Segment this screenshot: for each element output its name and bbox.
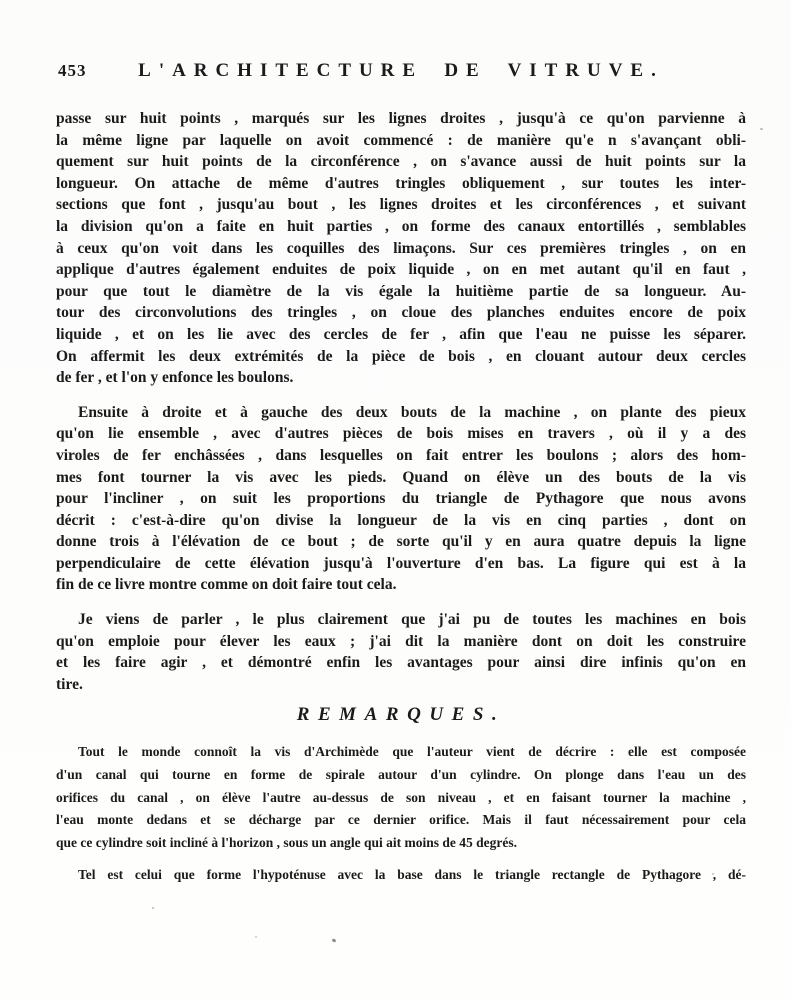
text-line: Tel est celui que forme l'hypoténuse ave… [56,864,746,887]
text-line: tour des circonvolutions des tringles , … [56,302,746,324]
book-page: 453 L'ARCHITECTURE DE VITRUVE. passe sur… [0,0,791,1000]
text-line: passe sur huit points , marqués sur les … [56,108,746,130]
scan-speck [332,938,337,943]
text-line: qu'on lie ensemble , avec d'autres pièce… [56,423,746,445]
text-line: l'eau monte dedans et se décharge par ce… [56,809,746,832]
paragraph: Tout le monde connoît la vis d'Archimède… [56,741,746,854]
text-line: perpendiculaire de cette élévation jusqu… [56,553,746,575]
text-line: et les faire agir , et démontré enfin le… [56,652,746,674]
page-header: 453 L'ARCHITECTURE DE VITRUVE. [56,58,746,84]
text-line: fin de ce livre montre comme on doit fai… [56,574,746,596]
page-number: 453 [58,58,87,84]
text-line: Je viens de parler , le plus clairement … [56,609,746,631]
scan-speck [152,907,154,909]
scan-speck [255,936,257,938]
paragraph: Tel est celui que forme l'hypoténuse ave… [56,864,746,887]
page-content: 453 L'ARCHITECTURE DE VITRUVE. passe sur… [56,58,746,887]
text-line: décrit : c'est-à-dire qu'on divise la lo… [56,510,746,532]
text-line: sections que font , jusqu'au bout , les … [56,194,746,216]
text-line: pour que tout le diamètre de la vis égal… [56,281,746,303]
text-line: longueur. On attache de même d'autres tr… [56,173,746,195]
text-line: la même ligne par laquelle on avoit comm… [56,130,746,152]
text-line: quement sur huit points de la circonfére… [56,151,746,173]
remarks-section: Tout le monde connoît la vis d'Archimède… [56,741,746,887]
paragraph: Je viens de parler , le plus clairement … [56,609,746,695]
text-line: que ce cylindre soit incliné à l'horizon… [56,832,746,855]
text-line: orifices du canal , on élève l'autre au-… [56,787,746,810]
text-line: viroles de fer enchâssées , dans lesquel… [56,445,746,467]
page-title: L'ARCHITECTURE DE VITRUVE. [138,60,664,81]
paragraph: Ensuite à droite et à gauche des deux bo… [56,402,746,596]
text-line: donne trois à l'élévation de ce bout ; d… [56,531,746,553]
text-line: d'un canal qui tourne en forme de spiral… [56,764,746,787]
text-line: pour l'incliner , on suit les proportion… [56,488,746,510]
remarks-heading: REMARQUES. [56,701,746,729]
text-line: la division qu'on a faite en huit partie… [56,216,746,238]
scan-speck [760,128,763,130]
main-text-section: passe sur huit points , marqués sur les … [56,108,746,695]
text-line: mes font tourner la vis avec les pieds. … [56,467,746,489]
scan-speck [712,873,714,875]
text-line: à ceux qu'on voit dans les coquilles des… [56,238,746,260]
text-line: qu'on emploie pour élever les eaux ; j'a… [56,631,746,653]
text-line: tire. [56,674,746,696]
text-line: Ensuite à droite et à gauche des deux bo… [56,402,746,424]
text-line: Tout le monde connoît la vis d'Archimède… [56,741,746,764]
text-line: applique d'autres également enduites de … [56,259,746,281]
text-line: liquide , et on les lie avec des cercles… [56,324,746,346]
text-line: On affermit les deux extrémités de la pi… [56,346,746,368]
text-line: de fer , et l'on y enfonce les boulons. [56,367,746,389]
paragraph: passe sur huit points , marqués sur les … [56,108,746,389]
